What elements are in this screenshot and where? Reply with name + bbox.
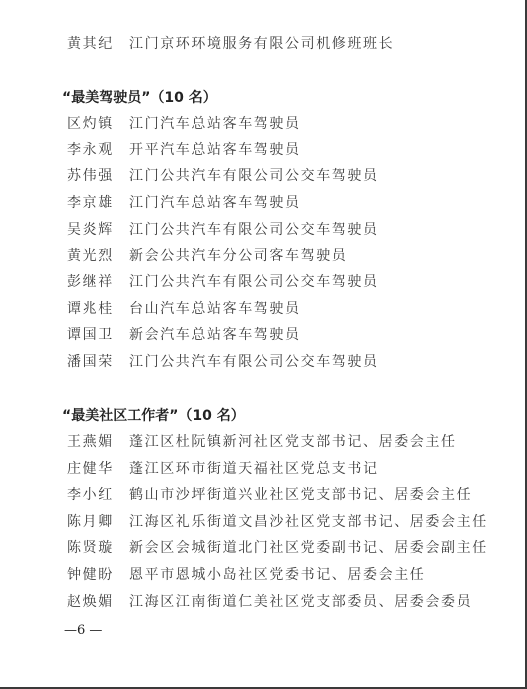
person-name: 潘国荣 (67, 350, 129, 374)
list-item: 谭兆桂台山汽车总站客车驾驶员 (67, 297, 301, 321)
person-role: 台山汽车总站客车驾驶员 (129, 297, 301, 321)
person-role: 新会公共汽车分公司客车驾驶员 (129, 244, 347, 268)
section-title: “最美社区工作者”（10 名） (62, 404, 245, 428)
list-item: 陈月卿江海区礼乐街道文昌沙社区党支部书记、居委会主任 (67, 510, 488, 534)
person-name: 吴炎辉 (67, 218, 129, 242)
person-name: 李小红 (67, 483, 129, 507)
person-role: 江海区礼乐街道文昌沙社区党支部书记、居委会主任 (129, 510, 488, 534)
person-role: 江门京环环境服务有限公司机修班班长 (129, 32, 394, 56)
document-page: 黄其纪江门京环环境服务有限公司机修班班长 “最美驾驶员”（10 名） 区灼镇江门… (0, 0, 527, 689)
person-role: 江门汽车总站客车驾驶员 (129, 191, 301, 215)
list-item: 彭继祥江门公共汽车有限公司公交车驾驶员 (67, 270, 379, 294)
list-item: 陈贤璇新会区会城街道北门社区党委副书记、居委会副主任 (67, 536, 488, 560)
person-role: 江门公共汽车有限公司公交车驾驶员 (129, 350, 379, 374)
list-item: 赵焕媚江海区江南街道仁美社区党支部委员、居委会委员 (67, 590, 472, 614)
list-item: 李小红鹤山市沙坪街道兴业社区党支部书记、居委会主任 (67, 483, 472, 507)
person-name: 庄健华 (67, 457, 129, 481)
person-role: 新会区会城街道北门社区党委副书记、居委会副主任 (129, 536, 488, 560)
person-name: 赵焕媚 (67, 590, 129, 614)
list-item: 潘国荣江门公共汽车有限公司公交车驾驶员 (67, 350, 379, 374)
list-item: 区灼镇江门汽车总站客车驾驶员 (67, 112, 301, 136)
person-role: 江门公共汽车有限公司公交车驾驶员 (129, 164, 379, 188)
list-item: 谭国卫新会汽车总站客车驾驶员 (67, 323, 301, 347)
person-name: 黄其纪 (67, 32, 129, 56)
person-role: 江门公共汽车有限公司公交车驾驶员 (129, 270, 379, 294)
list-item: 黄光烈新会公共汽车分公司客车驾驶员 (67, 244, 347, 268)
person-name: 彭继祥 (67, 270, 129, 294)
person-role: 开平汽车总站客车驾驶员 (129, 138, 301, 162)
person-role: 江门汽车总站客车驾驶员 (129, 112, 301, 136)
list-item: 庄健华蓬江区环市街道天福社区党总支书记 (67, 457, 379, 481)
person-role: 江门公共汽车有限公司公交车驾驶员 (129, 218, 379, 242)
person-name: 谭兆桂 (67, 297, 129, 321)
person-role: 恩平市恩城小岛社区党委书记、居委会主任 (129, 563, 425, 587)
page-number: —6 — (64, 623, 102, 638)
list-item: 李永观开平汽车总站客车驾驶员 (67, 138, 301, 162)
list-item: 王燕媚蓬江区杜阮镇新河社区党支部书记、居委会主任 (67, 430, 457, 454)
person-role: 蓬江区环市街道天福社区党总支书记 (129, 457, 379, 481)
person-role: 江海区江南街道仁美社区党支部委员、居委会委员 (129, 590, 472, 614)
list-item: 苏伟强江门公共汽车有限公司公交车驾驶员 (67, 164, 379, 188)
person-role: 鹤山市沙坪街道兴业社区党支部书记、居委会主任 (129, 483, 472, 507)
person-role: 蓬江区杜阮镇新河社区党支部书记、居委会主任 (129, 430, 457, 454)
person-name: 李永观 (67, 138, 129, 162)
person-name: 王燕媚 (67, 430, 129, 454)
person-name: 陈贤璇 (67, 536, 129, 560)
list-item: 吴炎辉江门公共汽车有限公司公交车驾驶员 (67, 218, 379, 242)
person-name: 陈月卿 (67, 510, 129, 534)
section-title: “最美驾驶员”（10 名） (62, 86, 217, 110)
person-name: 区灼镇 (67, 112, 129, 136)
list-item: 李京雄江门汽车总站客车驾驶员 (67, 191, 301, 215)
list-item: 黄其纪江门京环环境服务有限公司机修班班长 (67, 32, 394, 56)
person-role: 新会汽车总站客车驾驶员 (129, 323, 301, 347)
person-name: 钟健盼 (67, 563, 129, 587)
person-name: 黄光烈 (67, 244, 129, 268)
person-name: 苏伟强 (67, 164, 129, 188)
person-name: 李京雄 (67, 191, 129, 215)
list-item: 钟健盼恩平市恩城小岛社区党委书记、居委会主任 (67, 563, 425, 587)
person-name: 谭国卫 (67, 323, 129, 347)
